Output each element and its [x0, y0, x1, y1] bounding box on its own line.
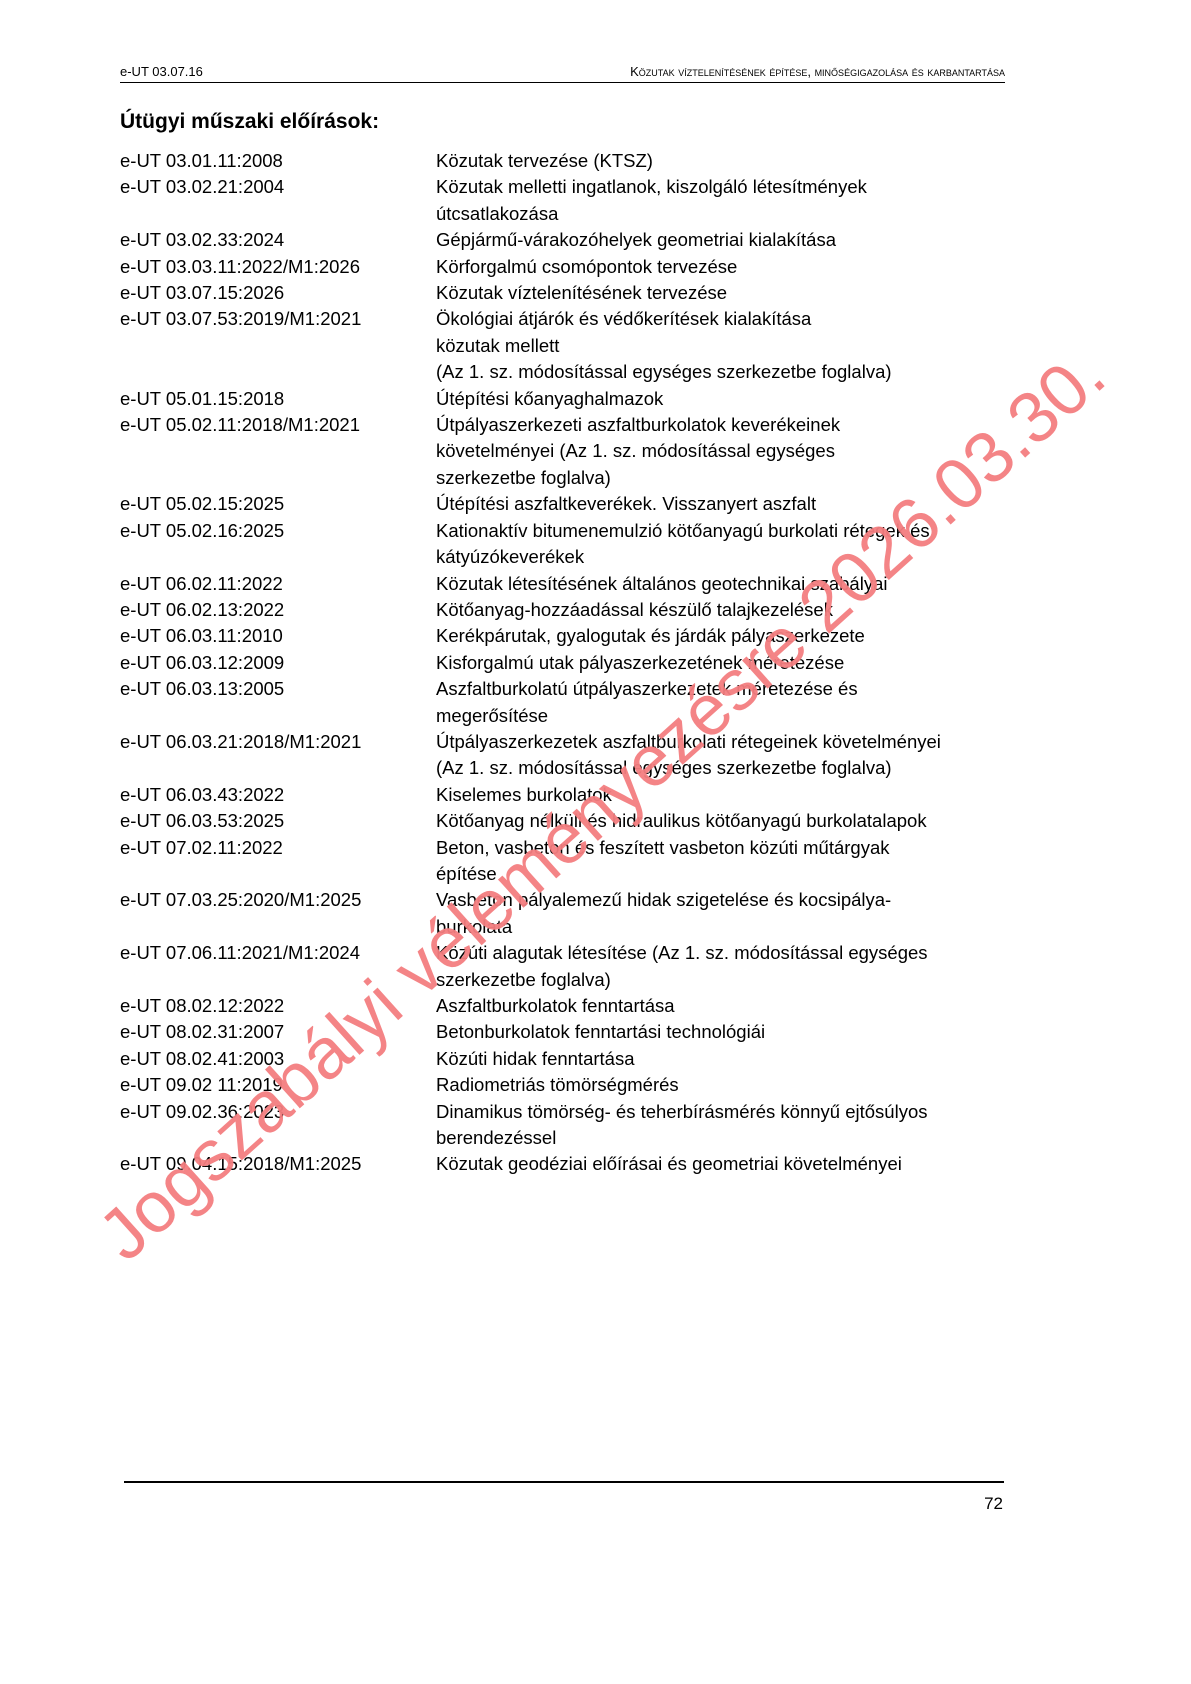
page-header: e-UT 03.07.16 Közutak víztelenítésének é…	[120, 62, 1005, 83]
reference-description-line: Közutak geodéziai előírásai és geometria…	[436, 1151, 1010, 1177]
reference-code: e-UT 06.02.13:2022	[120, 597, 436, 623]
reference-description-line: közutak mellett	[436, 333, 1010, 359]
reference-description: Betonburkolatok fenntartási technológiái	[436, 1019, 1010, 1045]
reference-description: Gépjármű-várakozóhelyek geometriai kiala…	[436, 227, 1010, 253]
reference-row: e-UT 09.02 11:2019Radiometriás tömörségm…	[120, 1072, 1010, 1098]
reference-description: Kiselemes burkolatok	[436, 782, 1010, 808]
document-code: e-UT 03.07.16	[120, 64, 203, 79]
reference-description: Kerékpárutak, gyalogutak és járdák pálya…	[436, 623, 1010, 649]
reference-description-line: Kötőanyag-hozzáadással készülő talajkeze…	[436, 597, 1010, 623]
section-title: Útügyi műszaki előírások:	[120, 110, 379, 134]
reference-code: e-UT 08.02.12:2022	[120, 993, 436, 1019]
reference-description: Aszfaltburkolatú útpályaszerkezetek mére…	[436, 676, 1010, 729]
reference-description: Radiometriás tömörségmérés	[436, 1072, 1010, 1098]
reference-code: e-UT 06.03.13:2005	[120, 676, 436, 729]
reference-code: e-UT 06.03.21:2018/M1:2021	[120, 729, 436, 782]
reference-description: Közutak létesítésének általános geotechn…	[436, 571, 1010, 597]
reference-description-line: Kisforgalmú utak pályaszerkezetének mére…	[436, 650, 1010, 676]
footer-divider	[124, 1481, 1004, 1483]
reference-row: e-UT 06.03.13:2005Aszfaltburkolatú útpál…	[120, 676, 1010, 729]
reference-description-line: Dinamikus tömörség- és teherbírásmérés k…	[436, 1099, 1010, 1125]
reference-description-line: (Az 1. sz. módosítással egységes szerkez…	[436, 359, 1010, 385]
reference-description: Közutak víztelenítésének tervezése	[436, 280, 1010, 306]
reference-description: Aszfaltburkolatok fenntartása	[436, 993, 1010, 1019]
reference-description-line: Közutak létesítésének általános geotechn…	[436, 571, 1010, 597]
reference-description: Körforgalmú csomópontok tervezése	[436, 254, 1010, 280]
reference-description-line: Kationaktív bitumenemulzió kötőanyagú bu…	[436, 518, 1010, 544]
reference-code: e-UT 08.02.31:2007	[120, 1019, 436, 1045]
reference-description-line: Útpályaszerkezeti aszfaltburkolatok keve…	[436, 412, 1010, 438]
reference-description-line: Betonburkolatok fenntartási technológiái	[436, 1019, 1010, 1045]
reference-description: Útépítési kőanyaghalmazok	[436, 386, 1010, 412]
reference-code: e-UT 07.02.11:2022	[120, 835, 436, 888]
reference-row: e-UT 08.02.12:2022Aszfaltburkolatok fenn…	[120, 993, 1010, 1019]
reference-code: e-UT 03.01.11:2008	[120, 148, 436, 174]
reference-description-line: Közutak víztelenítésének tervezése	[436, 280, 1010, 306]
reference-code: e-UT 06.03.11:2010	[120, 623, 436, 649]
reference-row: e-UT 07.06.11:2021/M1:2024Közúti alaguta…	[120, 940, 1010, 993]
reference-row: e-UT 05.02.11:2018/M1:2021Útpályaszerkez…	[120, 412, 1010, 491]
reference-description-line: Radiometriás tömörségmérés	[436, 1072, 1010, 1098]
reference-code: e-UT 03.02.33:2024	[120, 227, 436, 253]
reference-description: Kisforgalmú utak pályaszerkezetének mére…	[436, 650, 1010, 676]
reference-row: e-UT 06.02.11:2022Közutak létesítésének …	[120, 571, 1010, 597]
reference-description-line: Kerékpárutak, gyalogutak és járdák pálya…	[436, 623, 1010, 649]
reference-row: e-UT 06.03.43:2022Kiselemes burkolatok	[120, 782, 1010, 808]
reference-description-line: kátyúzókeverékek	[436, 544, 1010, 570]
reference-description-line: építése	[436, 861, 1010, 887]
reference-description-line: Útpályaszerkezetek aszfaltburkolati réte…	[436, 729, 1010, 755]
reference-row: e-UT 06.03.12:2009Kisforgalmú utak pálya…	[120, 650, 1010, 676]
reference-row: e-UT 03.07.15:2026Közutak víztelenítésén…	[120, 280, 1010, 306]
reference-row: e-UT 03.03.11:2022/M1:2026Körforgalmú cs…	[120, 254, 1010, 280]
reference-code: e-UT 03.07.15:2026	[120, 280, 436, 306]
reference-description-line: Közutak melletti ingatlanok, kiszolgáló …	[436, 174, 1010, 200]
reference-row: e-UT 06.02.13:2022Kötőanyag-hozzáadással…	[120, 597, 1010, 623]
reference-code: e-UT 05.01.15:2018	[120, 386, 436, 412]
reference-row: e-UT 08.02.31:2007Betonburkolatok fennta…	[120, 1019, 1010, 1045]
reference-description-line: Útépítési aszfaltkeverékek. Visszanyert …	[436, 491, 1010, 517]
reference-description-line: útcsatlakozása	[436, 201, 1010, 227]
reference-description-line: Közúti alagutak létesítése (Az 1. sz. mó…	[436, 940, 1010, 966]
reference-description-line: Közutak tervezése (KTSZ)	[436, 148, 1010, 174]
reference-code: e-UT 09.04.15:2018/M1:2025	[120, 1151, 436, 1177]
reference-row: e-UT 05.02.15:2025Útépítési aszfaltkever…	[120, 491, 1010, 517]
page-number: 72	[984, 1494, 1003, 1514]
reference-row: e-UT 05.01.15:2018Útépítési kőanyaghalma…	[120, 386, 1010, 412]
reference-code: e-UT 08.02.41:2003	[120, 1046, 436, 1072]
reference-description-line: szerkezetbe foglalva)	[436, 465, 1010, 491]
reference-description: Közutak melletti ingatlanok, kiszolgáló …	[436, 174, 1010, 227]
reference-description-line: megerősítése	[436, 703, 1010, 729]
reference-row: e-UT 06.03.21:2018/M1:2021Útpályaszerkez…	[120, 729, 1010, 782]
reference-description-line: (Az 1. sz. módosítással egységes szerkez…	[436, 755, 1010, 781]
reference-description-line: Gépjármű-várakozóhelyek geometriai kiala…	[436, 227, 1010, 253]
reference-row: e-UT 03.02.33:2024Gépjármű-várakozóhelye…	[120, 227, 1010, 253]
reference-code: e-UT 06.03.12:2009	[120, 650, 436, 676]
reference-code: e-UT 07.06.11:2021/M1:2024	[120, 940, 436, 993]
reference-description: Közutak geodéziai előírásai és geometria…	[436, 1151, 1010, 1177]
reference-row: e-UT 06.03.11:2010Kerékpárutak, gyalogut…	[120, 623, 1010, 649]
reference-code: e-UT 09.02.36:2023	[120, 1099, 436, 1152]
reference-row: e-UT 09.02.36:2023Dinamikus tömörség- és…	[120, 1099, 1010, 1152]
reference-code: e-UT 05.02.15:2025	[120, 491, 436, 517]
reference-description-line: követelményei (Az 1. sz. módosítással eg…	[436, 438, 1010, 464]
reference-description-line: Aszfaltburkolatú útpályaszerkezetek mére…	[436, 676, 1010, 702]
reference-description: Beton, vasbeton és feszített vasbeton kö…	[436, 835, 1010, 888]
reference-row: e-UT 07.03.25:2020/M1:2025Vasbeton pálya…	[120, 887, 1010, 940]
reference-row: e-UT 05.02.16:2025Kationaktív bitumenemu…	[120, 518, 1010, 571]
reference-description: Útépítési aszfaltkeverékek. Visszanyert …	[436, 491, 1010, 517]
reference-row: e-UT 07.02.11:2022Beton, vasbeton és fes…	[120, 835, 1010, 888]
reference-description: Kötőanyag nélküli és hidraulikus kötőany…	[436, 808, 1010, 834]
reference-description: Közúti alagutak létesítése (Az 1. sz. mó…	[436, 940, 1010, 993]
reference-description-line: Aszfaltburkolatok fenntartása	[436, 993, 1010, 1019]
reference-code: e-UT 05.02.16:2025	[120, 518, 436, 571]
reference-description-line: burkolata	[436, 914, 1010, 940]
reference-row: e-UT 06.03.53:2025Kötőanyag nélküli és h…	[120, 808, 1010, 834]
reference-description-line: Kiselemes burkolatok	[436, 782, 1010, 808]
reference-code: e-UT 03.02.21:2004	[120, 174, 436, 227]
reference-description-line: Kötőanyag nélküli és hidraulikus kötőany…	[436, 808, 1010, 834]
reference-row: e-UT 09.04.15:2018/M1:2025Közutak geodéz…	[120, 1151, 1010, 1177]
reference-description: Kötőanyag-hozzáadással készülő talajkeze…	[436, 597, 1010, 623]
reference-code: e-UT 09.02 11:2019	[120, 1072, 436, 1098]
reference-description-line: Vasbeton pályalemezű hidak szigetelése é…	[436, 887, 1010, 913]
reference-description-line: Útépítési kőanyaghalmazok	[436, 386, 1010, 412]
reference-code: e-UT 06.03.53:2025	[120, 808, 436, 834]
reference-description: Útpályaszerkezeti aszfaltburkolatok keve…	[436, 412, 1010, 491]
reference-row: e-UT 08.02.41:2003Közúti hidak fenntartá…	[120, 1046, 1010, 1072]
reference-description-line: Közúti hidak fenntartása	[436, 1046, 1010, 1072]
reference-description: Útpályaszerkezetek aszfaltburkolati réte…	[436, 729, 1010, 782]
reference-row: e-UT 03.01.11:2008Közutak tervezése (KTS…	[120, 148, 1010, 174]
reference-description-line: Beton, vasbeton és feszített vasbeton kö…	[436, 835, 1010, 861]
reference-description: Kationaktív bitumenemulzió kötőanyagú bu…	[436, 518, 1010, 571]
document-title: Közutak víztelenítésének építése, minősé…	[630, 64, 1005, 79]
reference-code: e-UT 03.03.11:2022/M1:2026	[120, 254, 436, 280]
reference-code: e-UT 07.03.25:2020/M1:2025	[120, 887, 436, 940]
reference-description: Közúti hidak fenntartása	[436, 1046, 1010, 1072]
reference-list: e-UT 03.01.11:2008Közutak tervezése (KTS…	[120, 148, 1010, 1178]
reference-code: e-UT 06.03.43:2022	[120, 782, 436, 808]
reference-code: e-UT 05.02.11:2018/M1:2021	[120, 412, 436, 491]
reference-description: Dinamikus tömörség- és teherbírásmérés k…	[436, 1099, 1010, 1152]
reference-description: Közutak tervezése (KTSZ)	[436, 148, 1010, 174]
reference-description: Vasbeton pályalemezű hidak szigetelése é…	[436, 887, 1010, 940]
reference-row: e-UT 03.07.53:2019/M1:2021Ökológiai átjá…	[120, 306, 1010, 385]
reference-code: e-UT 06.02.11:2022	[120, 571, 436, 597]
reference-code: e-UT 03.07.53:2019/M1:2021	[120, 306, 436, 385]
reference-description-line: Ökológiai átjárók és védőkerítések kiala…	[436, 306, 1010, 332]
reference-description: Ökológiai átjárók és védőkerítések kiala…	[436, 306, 1010, 385]
reference-description-line: szerkezetbe foglalva)	[436, 967, 1010, 993]
reference-row: e-UT 03.02.21:2004Közutak melletti ingat…	[120, 174, 1010, 227]
reference-description-line: Körforgalmú csomópontok tervezése	[436, 254, 1010, 280]
reference-description-line: berendezéssel	[436, 1125, 1010, 1151]
